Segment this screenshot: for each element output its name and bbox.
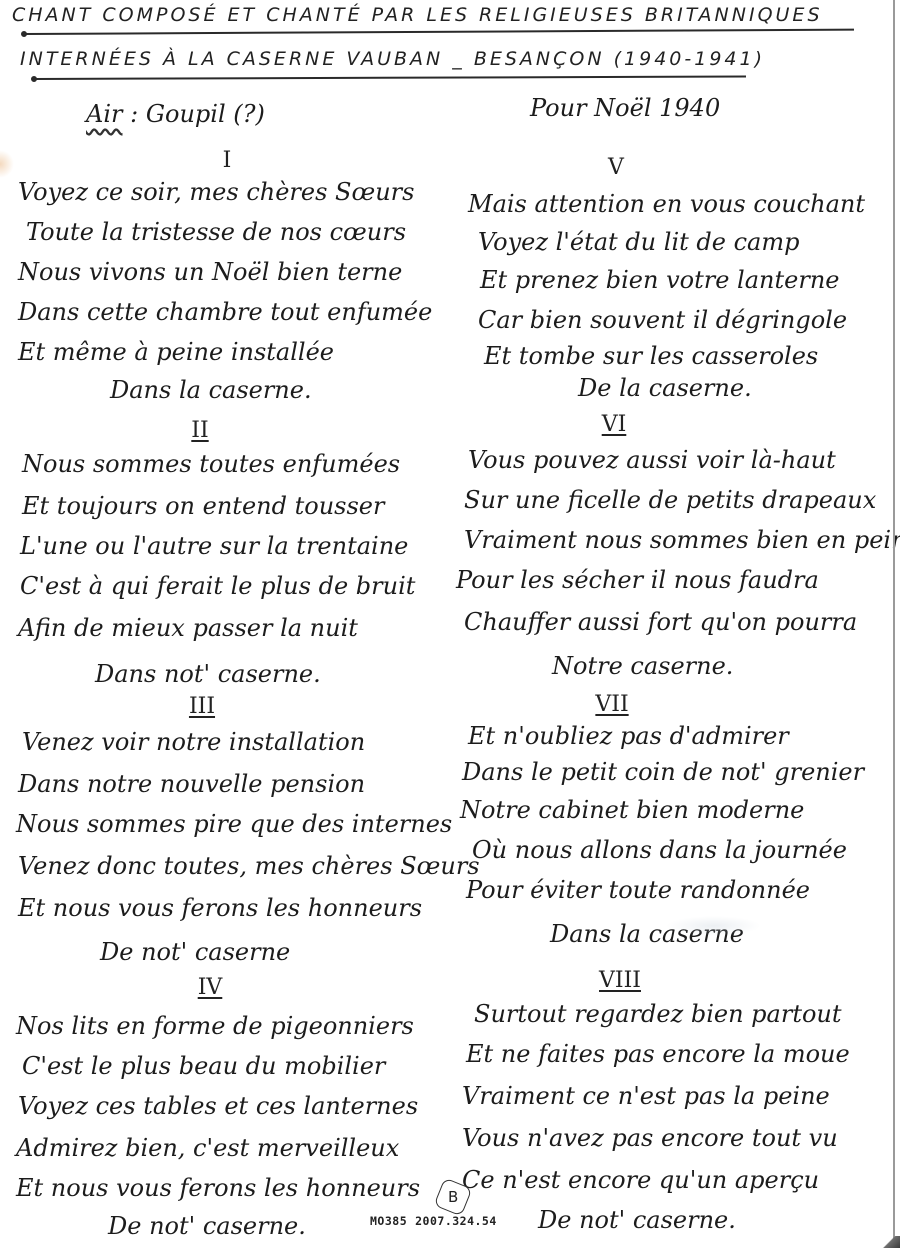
stanza-line: Afin de mieux passer la nuit: [18, 616, 358, 640]
page-corner-fold: [880, 1236, 900, 1248]
heading-underline-2: [34, 76, 746, 80]
stanza-line: Sur une ficelle de petits drapeaux: [464, 488, 876, 512]
stanza-numeral: II: [170, 418, 230, 443]
stanza-line: Et nous vous ferons les honneurs: [16, 1176, 420, 1200]
stanza-numeral: I: [197, 148, 257, 173]
air-value: Goupil (?): [146, 100, 265, 128]
stanza-line: Dans cette chambre tout enfumée: [18, 300, 432, 324]
stanza-line: Nous vivons un Noël bien terne: [18, 260, 402, 284]
stanza-line: C'est à qui ferait le plus de bruit: [20, 574, 415, 598]
stanza-line: Vous n'avez pas encore tout vu: [462, 1126, 838, 1150]
stanza-line: L'une ou l'autre sur la trentaine: [20, 534, 408, 558]
stanza-line: Toute la tristesse de nos cœurs: [26, 220, 406, 244]
stanza-refrain: De not' caserne.: [108, 1214, 306, 1238]
stamp-glyph: B: [448, 1188, 458, 1206]
stanza-numeral: V: [586, 155, 646, 180]
stanza-line: Nous sommes pire que des internes: [16, 812, 452, 836]
heading-line-1: Chant composé et chanté par les Religieu…: [12, 4, 823, 26]
collection-code: MO385: [370, 1214, 407, 1228]
stanza-refrain: De not' caserne: [100, 940, 290, 964]
heading-underline-1: [24, 29, 854, 35]
stanza-line: C'est le plus beau du mobilier: [22, 1054, 385, 1078]
stanza-line: Nos lits en forme de pigeonniers: [16, 1014, 414, 1038]
erased-word: [666, 916, 761, 936]
stanza-refrain: Dans la caserne.: [110, 378, 312, 402]
stanza-line: Dans notre nouvelle pension: [18, 772, 365, 796]
stanza-refrain: De la caserne.: [578, 376, 752, 400]
stanza-numeral: VII: [582, 692, 642, 717]
page-right-edge: [893, 0, 895, 1248]
stanza-line: Vous pouvez aussi voir là-haut: [468, 448, 836, 472]
stanza-line: Mais attention en vous couchant: [468, 192, 865, 216]
stanza-line: Chauffer aussi fort qu'on pourra: [464, 610, 857, 634]
stanza-refrain: De not' caserne.: [538, 1208, 736, 1232]
stanza-line: Et prenez bien votre lanterne: [480, 268, 839, 292]
stanza-line: Et toujours on entend tousser: [22, 494, 384, 518]
air-label: Air: [86, 100, 122, 128]
stanza-numeral: III: [172, 694, 232, 719]
stanza-line: Voyez ce soir, mes chères Sœurs: [18, 180, 414, 204]
stanza-line: Vraiment ce n'est pas la peine: [462, 1084, 830, 1108]
stanza-line: Admirez bien, c'est merveilleux: [16, 1136, 399, 1160]
stanza-line: Voyez ces tables et ces lanternes: [18, 1094, 418, 1118]
stanza-line: Vraiment nous sommes bien en peine: [464, 528, 900, 552]
stanza-line: Et ne faites pas encore la moue: [466, 1042, 850, 1066]
stanza-line: Dans le petit coin de not' grenier: [462, 760, 864, 784]
stanza-line: Et nous vous ferons les honneurs: [18, 896, 422, 920]
archive-reference: MO3852007.324.54: [370, 1214, 497, 1228]
stanza-numeral: IV: [180, 975, 240, 1000]
stanza-line: Pour éviter toute randonnée: [466, 878, 810, 902]
stanza-numeral: VI: [584, 412, 644, 437]
stanza-line: Nous sommes toutes enfumées: [22, 452, 400, 476]
stanza-line: Car bien souvent il dégringole: [478, 308, 847, 332]
stanza-line: Surtout regardez bien partout: [474, 1002, 842, 1026]
inventory-number: 2007.324.54: [415, 1214, 497, 1228]
stanza-line: Pour les sécher il nous faudra: [456, 568, 819, 592]
stanza-numeral: VIII: [590, 968, 650, 993]
stanza-refrain: Notre caserne.: [552, 654, 733, 678]
stanza-line: Et tombe sur les casseroles: [484, 344, 818, 368]
stanza-line: Où nous allons dans la journée: [472, 838, 847, 862]
stanza-line: Venez donc toutes, mes chères Sœurs: [18, 854, 480, 878]
air-separator: :: [122, 100, 145, 128]
stanza-refrain: Dans not' caserne.: [95, 662, 321, 686]
air-annotation: Air : Goupil (?): [86, 100, 265, 128]
stanza-line: Venez voir notre installation: [22, 730, 365, 754]
stanza-line: Et n'oubliez pas d'admirer: [468, 724, 789, 748]
stanza-line: Notre cabinet bien moderne: [460, 798, 804, 822]
stanza-line: Voyez l'état du lit de camp: [478, 230, 799, 254]
occasion-label: Pour Noël 1940: [530, 94, 720, 122]
stanza-line: Et même à peine installée: [18, 340, 334, 364]
stanza-line: Ce n'est encore qu'un aperçu: [462, 1168, 819, 1192]
paper-stain: [0, 150, 14, 178]
heading-line-2: internées à la caserne Vauban _ Besançon…: [20, 48, 765, 70]
